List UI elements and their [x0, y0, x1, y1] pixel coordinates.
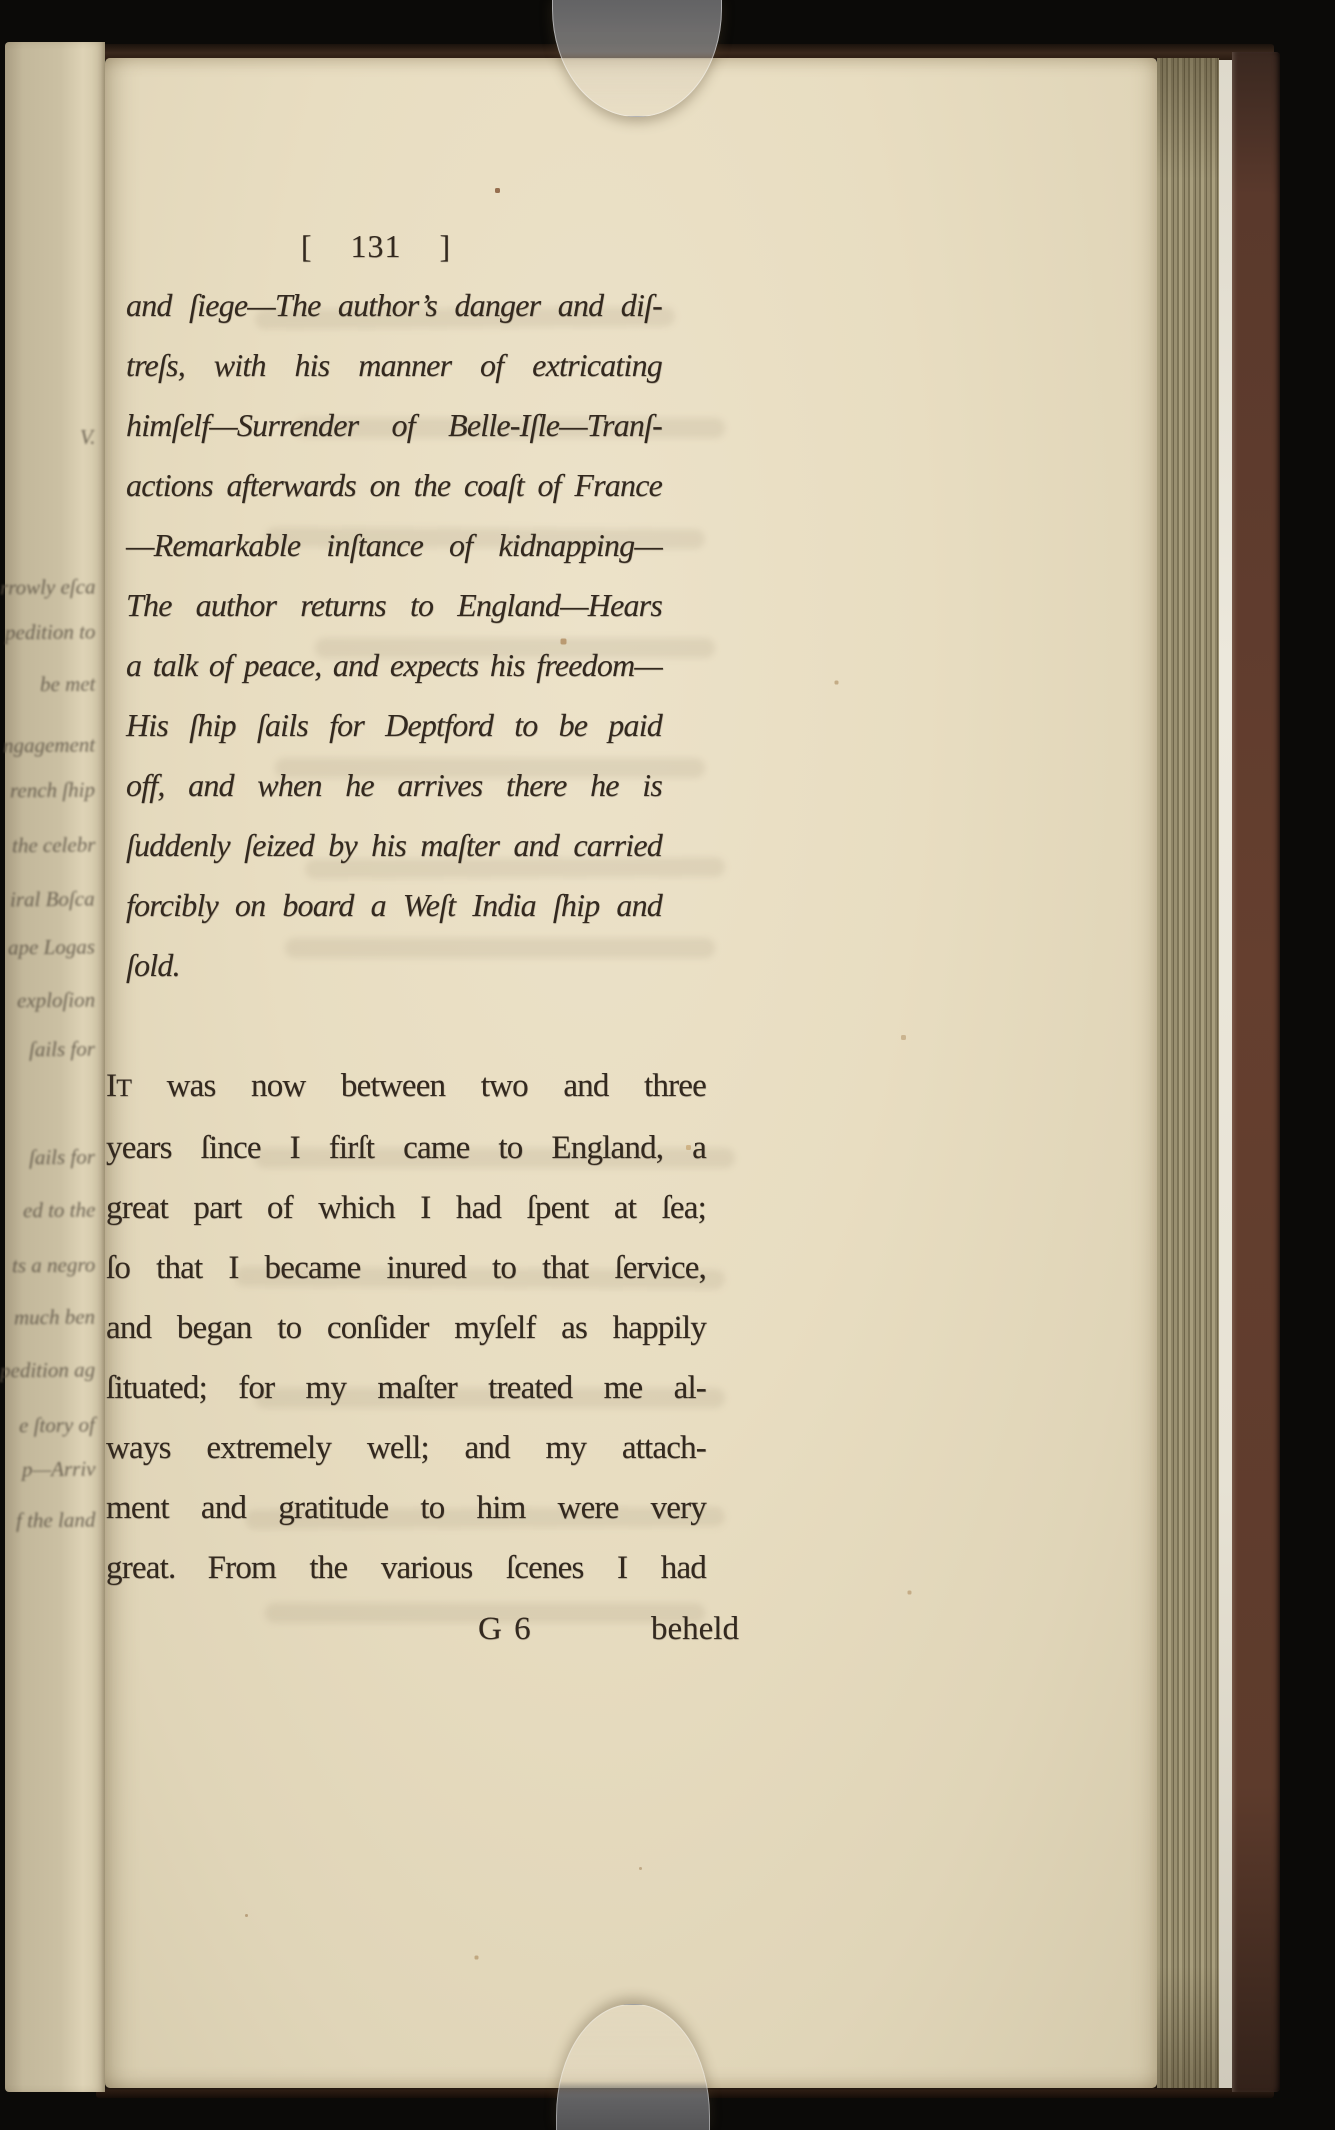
- facing-page-fragment: V.: [79, 425, 95, 449]
- chapter-summary-line: actions afterwards on the coaſt of Franc…: [126, 455, 662, 515]
- facing-page-fragment: rrowly eſca: [0, 575, 95, 600]
- page-number: 131: [351, 226, 402, 266]
- small-cap-letter: T: [116, 1073, 131, 1102]
- facing-page-fragment: e ſtory of: [19, 1413, 95, 1438]
- facing-page-fragment: ts a negro: [12, 1253, 95, 1278]
- facing-page-fragment: pedition to: [4, 620, 95, 645]
- body-line: ment and gratitude to him were very: [106, 1478, 706, 1538]
- chapter-summary-line: His ſhip ſails for Deptford to be paid: [126, 695, 662, 755]
- body-line: great. From the various ſcenes I had: [106, 1538, 706, 1598]
- chapter-summary-line: off, and when he arrives there he is: [126, 755, 662, 815]
- facing-page-fragment: much ben: [14, 1305, 95, 1330]
- endpaper-edge: [1219, 60, 1232, 2088]
- body-line: and began to conſider myſelf as happily: [106, 1298, 706, 1358]
- body-paragraph: IT was now between two and three years ſ…: [106, 1056, 706, 1598]
- leather-cover-board: [1232, 52, 1280, 2092]
- facing-page-fragment: exploſion: [17, 988, 95, 1013]
- signature-line: G 6 beheld: [106, 1599, 706, 1659]
- facing-page-text-fragments: V.rrowly eſcapedition tobe metngagementr…: [5, 42, 105, 2092]
- body-line: IT was now between two and three: [106, 1056, 706, 1118]
- facing-page-fragment: p—Arriv: [21, 1457, 95, 1482]
- facing-page-fragment: rench ſhip: [10, 778, 95, 803]
- body-line: ſituated; for my maſter treated me al-: [106, 1358, 706, 1418]
- facing-page-fragment: pedition ag: [0, 1358, 95, 1383]
- chapter-summary-line: The author returns to England—Hears: [126, 575, 662, 635]
- foxing-specks: [105, 58, 106, 59]
- body-line: ſo that I became inured to that ſervice,: [106, 1238, 706, 1298]
- page-number-header: [ 131 ]: [126, 226, 626, 266]
- signature-mark: G 6: [478, 1599, 533, 1659]
- book-photograph: V.rrowly eſcapedition tobe metngagementr…: [0, 0, 1335, 2130]
- facing-page-fragment: iral Boſca: [10, 887, 95, 912]
- chapter-summary-line: ſold.: [126, 935, 662, 995]
- header-bracket-left: [: [301, 226, 313, 266]
- facing-page-fragment: f the land: [16, 1508, 96, 1533]
- facing-page-edge: V.rrowly eſcapedition tobe metngagementr…: [5, 42, 105, 2092]
- chapter-summary: and ſiege—The author’s danger and diſ-tr…: [126, 275, 662, 995]
- facing-page-fragment: ed to the: [23, 1198, 96, 1223]
- header-bracket-right: ]: [440, 226, 452, 266]
- body-line: years ſince I firſt came to England, a: [106, 1118, 706, 1178]
- facing-page-fragment: the celebr: [12, 833, 96, 858]
- drop-initial: I: [106, 1068, 116, 1104]
- chapter-summary-line: treſs, with his manner of extricating: [126, 335, 662, 395]
- body-line: great part of which I had ſpent at ſea;: [106, 1178, 706, 1238]
- text-block-fore-edge: [1157, 58, 1219, 2088]
- body-line-text: was now between two and three: [167, 1068, 706, 1104]
- chapter-summary-line: himſelf—Surrender of Belle-Iſle—Tranſ-: [126, 395, 662, 455]
- catchword: beheld: [651, 1599, 739, 1659]
- chapter-summary-line: a talk of peace, and expects his freedom…: [126, 635, 662, 695]
- chapter-summary-line: ſuddenly ſeized by his maſter and carrie…: [126, 815, 662, 875]
- chapter-summary-line: forcibly on board a Weſt India ſhip and: [126, 875, 662, 935]
- facing-page-fragment: ſails for: [29, 1145, 95, 1170]
- chapter-summary-line: —Remarkable inſtance of kidnapping—: [126, 515, 662, 575]
- facing-page-fragment: ſails for: [29, 1037, 95, 1062]
- body-line: ways extremely well; and my attach-: [106, 1418, 706, 1478]
- facing-page-fragment: be met: [39, 672, 95, 697]
- facing-page-fragment: ape Logas: [8, 935, 95, 960]
- chapter-summary-line: and ſiege—The author’s danger and diſ-: [126, 275, 662, 335]
- facing-page-fragment: ngagement: [3, 733, 95, 758]
